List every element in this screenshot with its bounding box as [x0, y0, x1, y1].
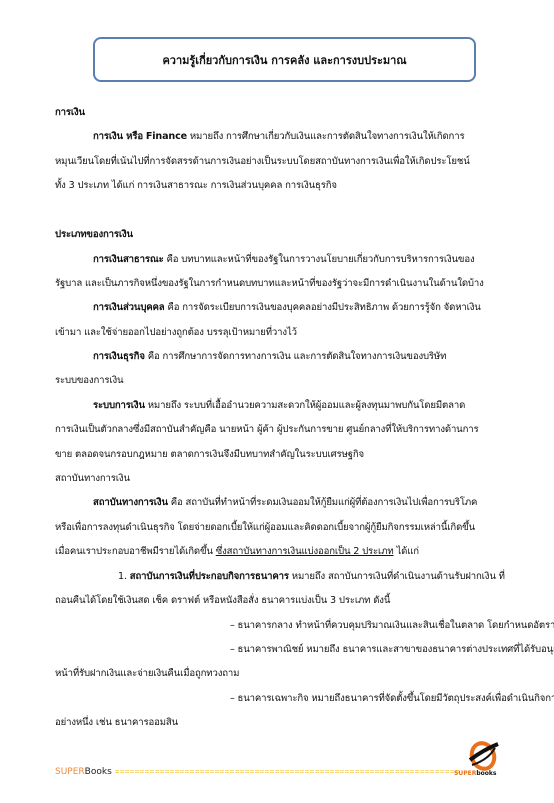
- banking-text: หมายถึง สถาบันการเงินที่ดำเนินงานด้านรับ…: [289, 571, 505, 582]
- public-finance-text: คือ บทบาทและหน้าที่ของรัฐในการวางนโยบายเ…: [164, 254, 475, 265]
- term-banking: สถาบันการเงินที่ประกอบกิจการธนาคาร: [130, 571, 289, 582]
- logo-text: SUPERbooks: [454, 770, 496, 777]
- footer-brand-books: Books: [85, 767, 112, 777]
- specialized-bank-item-line1: – ธนาคารเฉพาะกิจ หมายถึงธนาคารที่จัดตั้ง…: [230, 693, 554, 705]
- business-finance-line1: การเงินธุรกิจ คือ การศึกษาการจัดการทางกา…: [93, 351, 446, 363]
- footer-rule: ========================================…: [115, 768, 460, 777]
- personal-finance-line2: เข้ามา และใช้จ่ายออกไปอย่างถูกต้อง บรรลุ…: [55, 327, 297, 339]
- finance-def-text: หมายถึง การศึกษาเกี่ยวกับเงินและการตัดสิ…: [187, 131, 464, 142]
- institutions-text: คือ สถาบันที่ทำหน้าที่ระดมเงินออมให้กู้ย…: [168, 497, 477, 508]
- institutions-line1: สถาบันทางการเงิน คือ สถาบันที่ทำหน้าที่ร…: [93, 497, 477, 509]
- commercial-bank-item-line1: – ธนาคารพาณิชย์ หมายถึง ธนาคารและสาขาของ…: [230, 644, 554, 656]
- specialized-bank-item-line2: อย่างหนึ่ง เช่น ธนาคารออมสิน: [55, 717, 178, 729]
- institutions-underlined: ซึ่งสถาบันทางการเงินแบ่งออกเป็น 2 ประเภท: [216, 546, 394, 557]
- financial-system-line3: ขาย ตลอดจนกรอบกฎหมาย ตลาดการเงินจึงมีบทบ…: [55, 449, 364, 461]
- term-finance-en: Finance: [146, 131, 187, 142]
- finance-def-line3: ทั้ง 3 ประเภท ได้แก่ การเงินสาธารณะ การเ…: [55, 180, 337, 192]
- finance-def-line2: หมุนเวียนโดยที่เน้นไปที่การจัดสรรด้านการ…: [55, 156, 470, 168]
- term-finance: การเงิน หรือ: [93, 131, 143, 142]
- financial-system-line1: ระบบการเงิน หมายถึง ระบบที่เอื้ออำนวยควา…: [93, 400, 465, 412]
- commercial-bank-item-line2: หน้าที่รับฝากเงินและจ่ายเงินคืนเมื่อถูกท…: [55, 668, 239, 680]
- institutions-line3-post: ได้แก่: [394, 546, 419, 557]
- logo-text-super: SUPER: [454, 770, 476, 777]
- heading-institutions: สถาบันทางการเงิน: [55, 473, 130, 485]
- central-bank-item: – ธนาคารกลาง ทำหน้าที่ควบคุมปริมาณเงินแล…: [230, 620, 554, 632]
- heading-types: ประเภทของการเงิน: [55, 229, 133, 241]
- term-financial-system: ระบบการเงิน: [93, 400, 145, 411]
- finance-def-line1: การเงิน หรือ Finance หมายถึง การศึกษาเกี…: [93, 131, 464, 143]
- footer: SUPERBooks =============================…: [55, 766, 460, 779]
- financial-system-line2: การเงินเป็นตัวกลางซึ่งมีสถาบันสำคัญคือ น…: [55, 424, 479, 436]
- personal-finance-text: คือ การจัดระเบียบการเงินของบุคคลอย่างมีป…: [165, 302, 481, 313]
- public-finance-line1: การเงินสาธารณะ คือ บทบาทและหน้าที่ของรัฐ…: [93, 254, 474, 266]
- banking-line2: ถอนคืนได้โดยใช้เงินสด เช็ค ดราฟต์ หรือหน…: [55, 595, 390, 607]
- document-title-box: ความรู้เกี่ยวกับการเงิน การคลัง และการงบ…: [93, 37, 476, 82]
- logo-text-books: books: [476, 770, 496, 777]
- personal-finance-line1: การเงินส่วนบุคคล คือ การจัดระเบียบการเงิ…: [93, 302, 481, 314]
- banking-line1: 1. สถาบันการเงินที่ประกอบกิจการธนาคาร หม…: [118, 571, 505, 583]
- financial-system-text: หมายถึง ระบบที่เอื้ออำนวยความสะดวกให้ผู้…: [145, 400, 465, 411]
- banking-number: 1.: [118, 571, 127, 582]
- public-finance-line2: รัฐบาล และเป็นภารกิจหนึ่งของรัฐในการกำหน…: [55, 278, 484, 290]
- term-personal-finance: การเงินส่วนบุคคล: [93, 302, 165, 313]
- term-public-finance: การเงินสาธารณะ: [93, 254, 164, 265]
- institutions-line3-pre: เมื่อคนเราประกอบอาชีพมีรายได้เกิดขึ้น: [55, 546, 216, 557]
- term-institutions: สถาบันทางการเงิน: [93, 497, 168, 508]
- heading-finance: การเงิน: [55, 107, 85, 119]
- institutions-line3: เมื่อคนเราประกอบอาชีพมีรายได้เกิดขึ้น ซึ…: [55, 546, 419, 558]
- business-finance-text: คือ การศึกษาการจัดการทางการเงิน และการตั…: [145, 351, 446, 362]
- heading-system: ระบบของการเงิน: [55, 375, 123, 387]
- document-title: ความรู้เกี่ยวกับการเงิน การคลัง และการงบ…: [162, 51, 406, 69]
- footer-brand-super: SUPER: [55, 767, 85, 777]
- term-business-finance: การเงินธุรกิจ: [93, 351, 145, 362]
- institutions-line2: หรือเพื่อการลงทุนดำเนินธุรกิจ โดยจ่ายดอก…: [55, 522, 475, 534]
